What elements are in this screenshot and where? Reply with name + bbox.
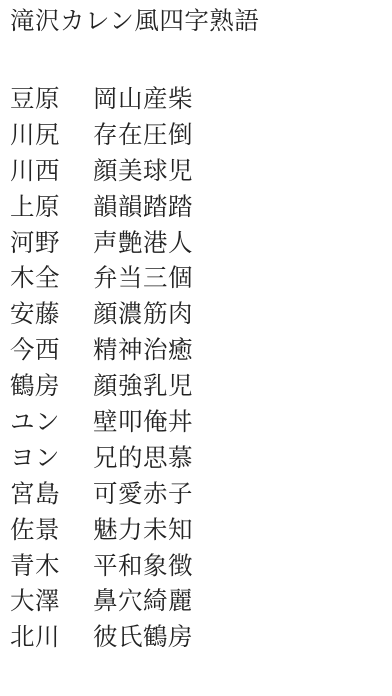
- person-name: 川西: [10, 153, 93, 189]
- four-character-phrase: 声艶港人: [93, 225, 193, 261]
- person-name: 上原: [10, 189, 93, 225]
- list-item: 今西 精神治癒: [10, 332, 193, 368]
- list-item: 佐景 魅力未知: [10, 512, 193, 548]
- document-page: 滝沢カレン風四字熟語 豆原 岡山産柴 川尻 存在圧倒 川西 顔美球児 上原 韻韻…: [0, 0, 392, 696]
- four-character-phrase: 可愛赤子: [93, 476, 193, 512]
- four-character-phrase: 平和象徴: [93, 548, 193, 584]
- list-item: 青木 平和象徴: [10, 548, 193, 584]
- four-character-phrase: 顔強乳児: [93, 368, 193, 404]
- list-item: 北川 彼氏鶴房: [10, 619, 193, 655]
- person-name: 北川: [10, 619, 93, 655]
- person-name: 川尻: [10, 117, 93, 153]
- person-name: 豆原: [10, 81, 93, 117]
- list-item: 豆原 岡山産柴: [10, 81, 193, 117]
- person-name: ユン: [10, 404, 93, 440]
- four-character-phrase: 彼氏鶴房: [93, 619, 193, 655]
- person-name: 宮島: [10, 476, 93, 512]
- four-character-phrase: 精神治癒: [93, 332, 193, 368]
- person-name: 河野: [10, 225, 93, 261]
- four-character-phrase: 顔濃筋肉: [93, 296, 193, 332]
- list-item: 川西 顔美球児: [10, 153, 193, 189]
- person-name: 木全: [10, 260, 93, 296]
- person-name: 青木: [10, 548, 93, 584]
- list-item: 安藤 顔濃筋肉: [10, 296, 193, 332]
- four-character-phrase: 岡山産柴: [93, 81, 193, 117]
- list-item: ヨン 兄的思慕: [10, 440, 193, 476]
- list-item: 河野 声艶港人: [10, 225, 193, 261]
- four-character-phrase: 韻韻踏踏: [93, 189, 193, 225]
- four-character-phrase: 弁当三個: [93, 260, 193, 296]
- yojijukugo-list: 豆原 岡山産柴 川尻 存在圧倒 川西 顔美球児 上原 韻韻踏踏 河野 声艶港人 …: [10, 81, 193, 655]
- person-name: 佐景: [10, 512, 93, 548]
- person-name: 鶴房: [10, 368, 93, 404]
- person-name: 大澤: [10, 583, 93, 619]
- list-item: 鶴房 顔強乳児: [10, 368, 193, 404]
- person-name: ヨン: [10, 440, 93, 476]
- four-character-phrase: 魅力未知: [93, 512, 193, 548]
- four-character-phrase: 存在圧倒: [93, 117, 193, 153]
- four-character-phrase: 兄的思慕: [93, 440, 193, 476]
- page-title: 滝沢カレン風四字熟語: [10, 4, 259, 38]
- four-character-phrase: 壁叩俺丼: [93, 404, 193, 440]
- four-character-phrase: 顔美球児: [93, 153, 193, 189]
- list-item: 川尻 存在圧倒: [10, 117, 193, 153]
- person-name: 安藤: [10, 296, 93, 332]
- list-item: 大澤 鼻穴綺麗: [10, 583, 193, 619]
- person-name: 今西: [10, 332, 93, 368]
- list-item: 宮島 可愛赤子: [10, 476, 193, 512]
- list-item: 木全 弁当三個: [10, 260, 193, 296]
- list-item: ユン 壁叩俺丼: [10, 404, 193, 440]
- four-character-phrase: 鼻穴綺麗: [93, 583, 193, 619]
- list-item: 上原 韻韻踏踏: [10, 189, 193, 225]
